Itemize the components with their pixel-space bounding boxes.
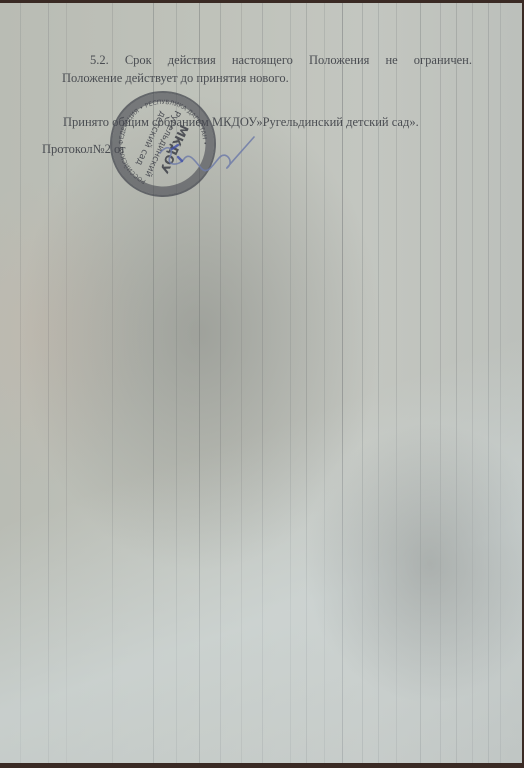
clause-5-2-line2: Положение действует до принятия нового. — [62, 71, 472, 86]
official-stamp: РОССИЙСКАЯ ФЕДЕРАЦИЯ • РЕСПУБЛИКА ДАГЕСТ… — [93, 74, 234, 215]
document-page: 5.2. Срок действия настоящего Положения … — [0, 3, 522, 763]
clause-5-2-line1: 5.2. Срок действия настоящего Положения … — [62, 53, 472, 68]
